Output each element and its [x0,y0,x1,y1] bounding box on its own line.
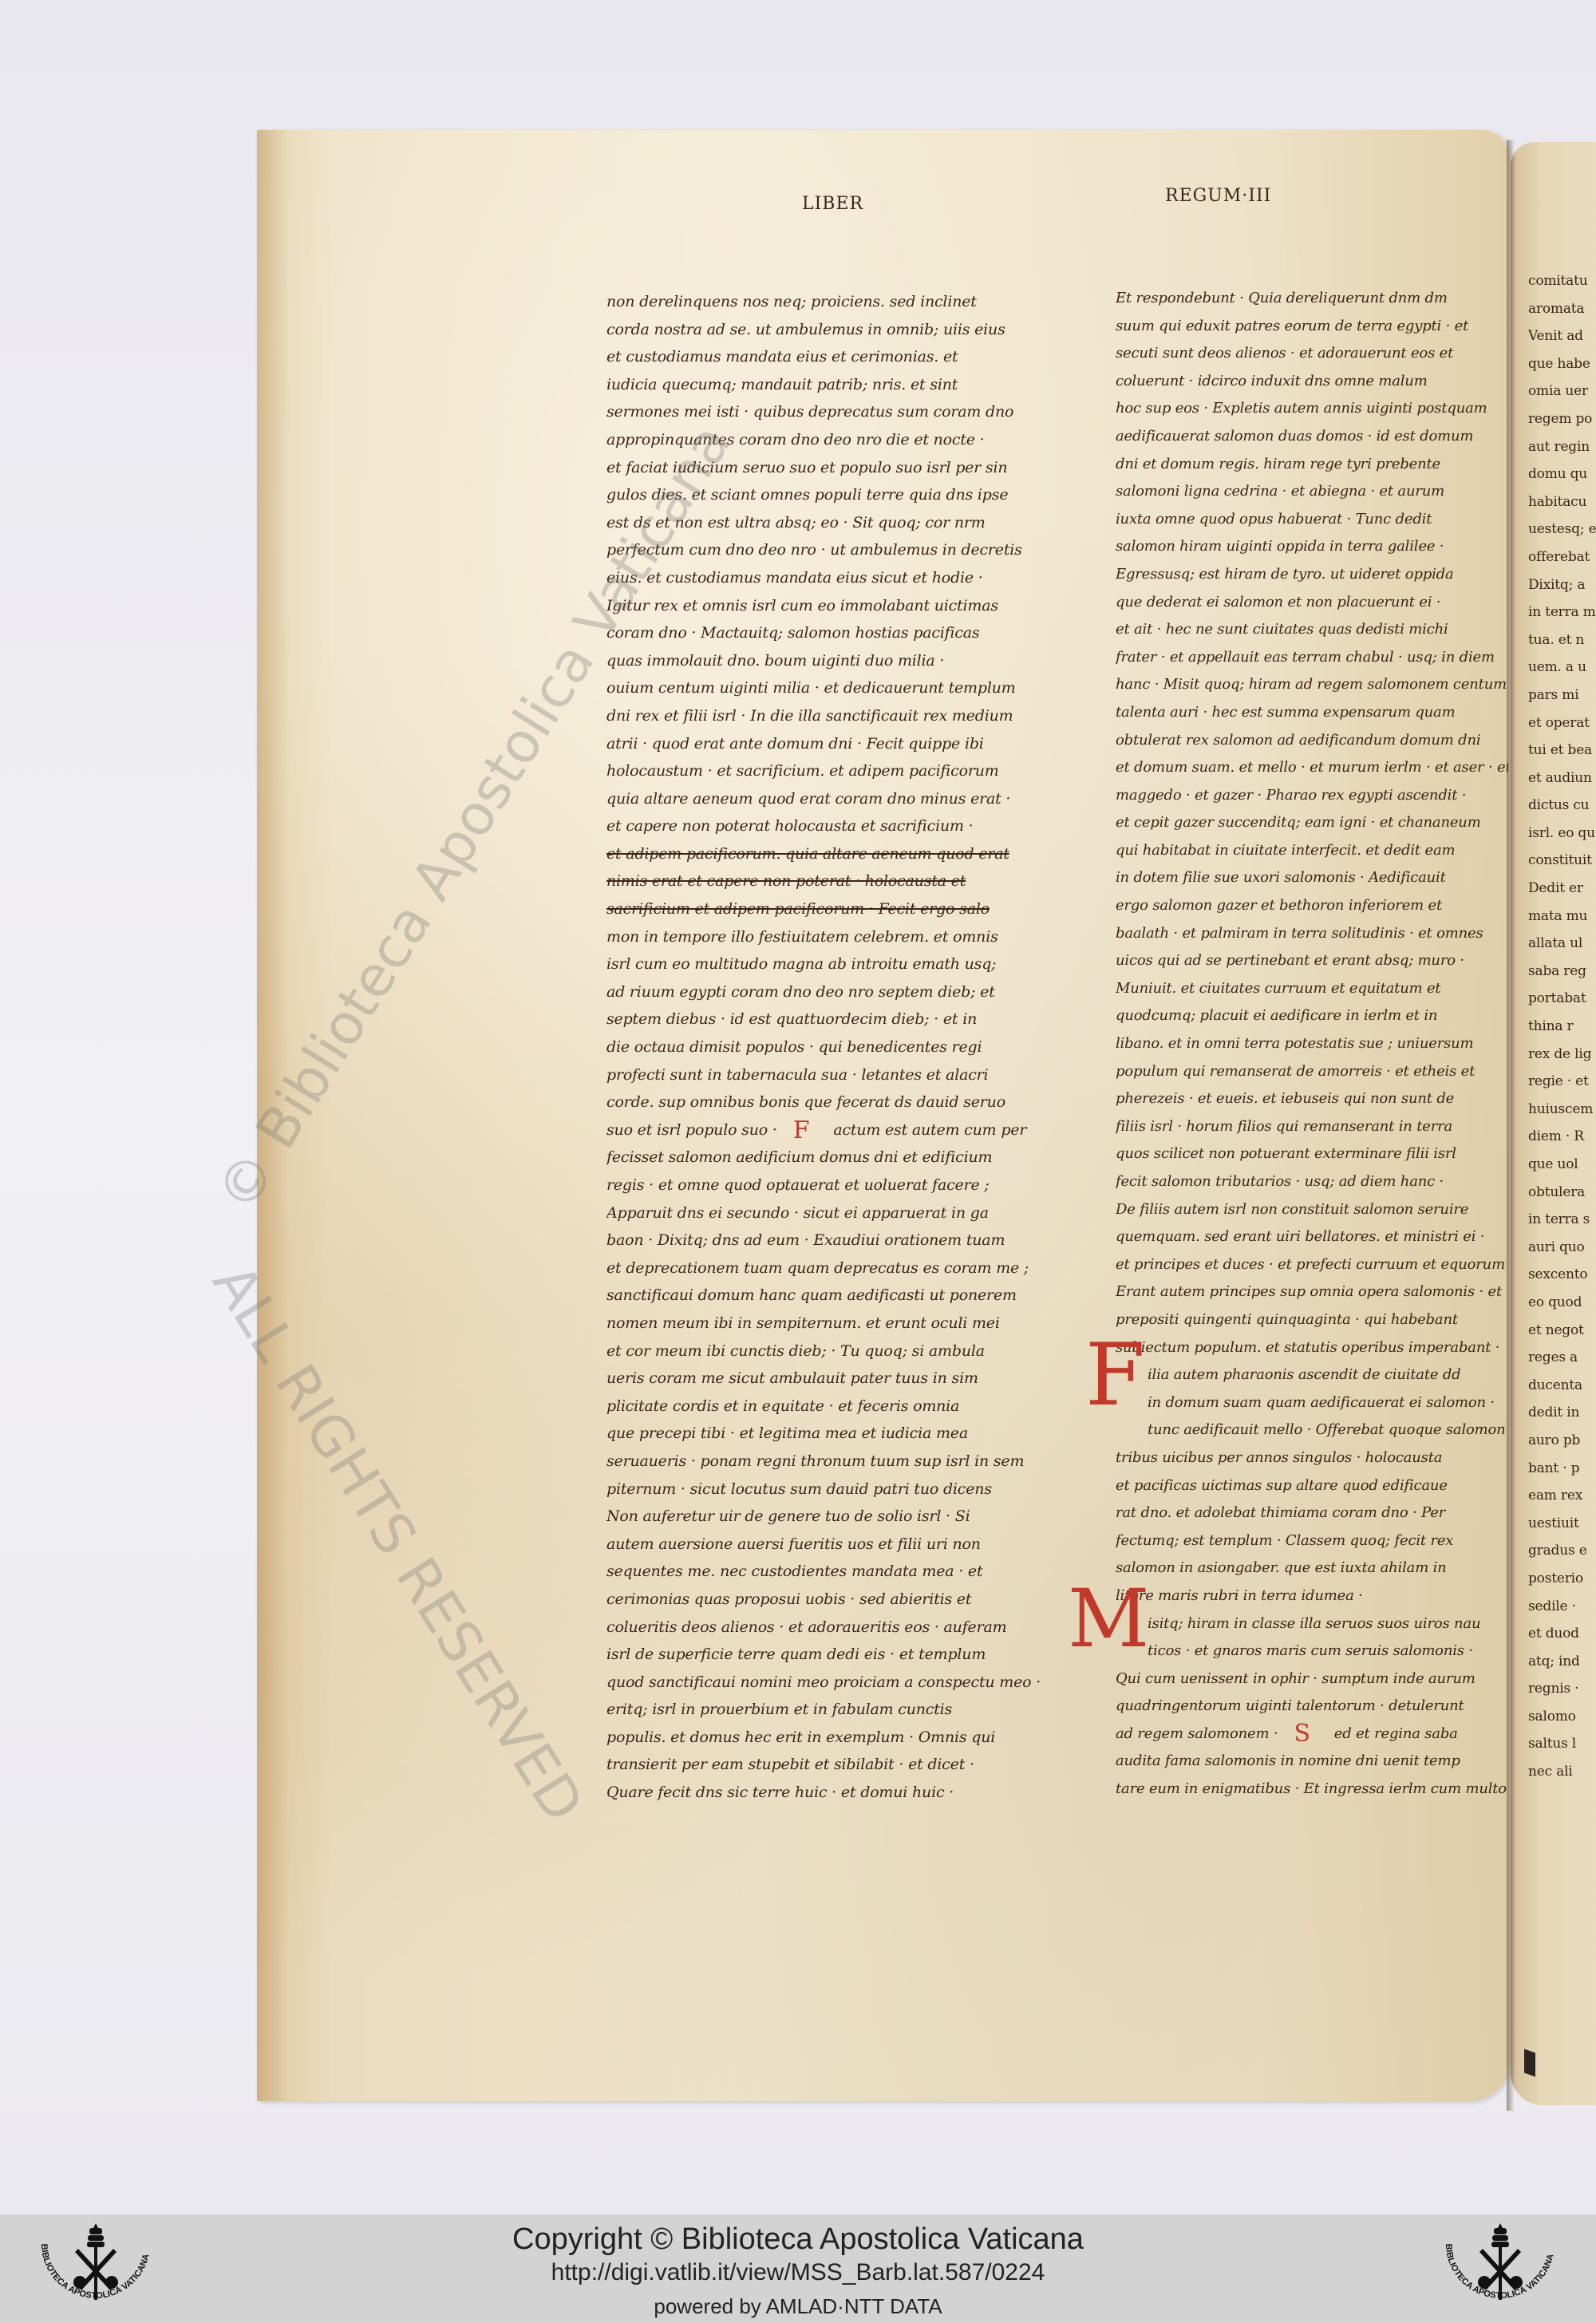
manuscript-line: regie · et [1528,1068,1596,1096]
manuscript-line: Igitur rex et omnis isrl cum eo immolaba… [606,592,1057,620]
manuscript-line: mata mu [1528,903,1596,930]
manuscript-line: obtulerat rex salomon ad aedificandum do… [1116,727,1508,755]
manuscript-line: coram dno · Mactauitq; salomon hostias p… [606,619,1057,647]
manuscript-line: holocaustum · et sacrificium. et adipem … [606,757,1057,785]
manuscript-line: bant · p [1528,1455,1596,1483]
manuscript-line: quemquam. sed erant uiri bellatores. et … [1116,1223,1508,1251]
manuscript-line: prepositi quingenti quinquaginta · qui h… [1116,1306,1508,1334]
manuscript-line: autem auersione auersi fueritis uos et f… [606,1531,1057,1559]
manuscript-line: piternum · sicut locutus sum dauid patri… [606,1476,1057,1503]
manuscript-line: uestesq; e [1528,516,1596,543]
manuscript-line: pars mi [1528,681,1596,709]
manuscript-line: quodcumq; placuit ei aedificare in ierlm… [1116,1002,1508,1030]
manuscript-line: ad riuum egypti coram dno deo nro septem… [606,978,1057,1006]
manuscript-line: aut regin [1528,433,1596,461]
manuscript-line: tunc aedificauit mello · Offerebat quoqu… [1116,1416,1508,1444]
manuscript-line: saltus l [1528,1730,1596,1758]
manuscript-line: et principes et duces · et prefecti curr… [1116,1251,1508,1279]
manuscript-line: maggedo · et gazer · Pharao rex egypti a… [1116,782,1508,810]
manuscript-line: ergo salomon gazer et bethoron inferiore… [1116,892,1508,920]
manuscript-line: thina r [1528,1013,1596,1041]
manuscript-line: posterio [1528,1565,1596,1593]
manuscript-line: Et respondebunt · Quia dereliquerunt dnm… [1116,285,1508,313]
manuscript-line: dictus cu [1528,792,1596,820]
manuscript-line: isitq; hiram in classe illa seruos suos … [1116,1610,1508,1638]
manuscript-line: salomon hiram uiginti oppida in terra ga… [1116,533,1508,561]
manuscript-line: regem po [1528,405,1596,433]
manuscript-line: salomo [1528,1703,1596,1731]
rubric-initial-f: F [1085,1333,1145,1419]
binding-edge [1524,2048,1535,2076]
manuscript-line: mon in tempore illo festiuitatem celebre… [606,923,1057,951]
manuscript-line: tribus uicibus per annos singulos · holo… [1116,1444,1508,1472]
manuscript-line: corda nostra ad se. ut ambulemus in omni… [606,316,1057,344]
manuscript-line: auri quo [1528,1234,1596,1262]
manuscript-line: seruaueris · ponam regni thronum tuum su… [606,1448,1057,1476]
copyright-footer: Copyright © Biblioteca Apostolica Vatica… [0,2214,1596,2323]
manuscript-line: baon · Dixitq; dns ad eum · Exaudiui ora… [606,1227,1057,1254]
manuscript-line: eo quod [1528,1289,1596,1317]
manuscript-line: domu qu [1528,460,1596,488]
manuscript-line: et pacificas uictimas sup altare quod ed… [1116,1472,1508,1500]
manuscript-line: ducenta [1528,1372,1596,1400]
manuscript-line: aromata [1528,295,1596,323]
manuscript-line: gulos dies. et sciant omnes populi terre… [606,481,1057,509]
manuscript-line: populum qui remanserat de amorreis · et … [1116,1058,1508,1086]
manuscript-line: colueritis deos alienos · et adoraueriti… [606,1614,1057,1642]
manuscript-text: suo et isrl populo suo · [606,1121,777,1139]
manuscript-line: quod sanctificaui nomini meo proiciam a … [606,1669,1057,1697]
manuscript-line: et adipem pacificorum. quia altare aeneu… [606,840,1057,868]
manuscript-line: eam rex [1528,1482,1596,1510]
manuscript-text: actum est autem cum per [833,1121,1026,1139]
manuscript-line: tui et bea [1528,737,1596,764]
manuscript-line: et cor meum ibi cunctis dieb; · Tu quoq;… [606,1337,1057,1365]
manuscript-line: in terra m [1528,599,1596,626]
manuscript-line: et negot [1528,1317,1596,1345]
manuscript-line: est ds et non est ultra absq; eo · Sit q… [606,509,1057,537]
manuscript-line: Dedit er [1528,875,1596,903]
rubric-initial-s: S [1294,1721,1310,1748]
manuscript-line: aedificauerat salomon duas domos · id es… [1116,423,1508,451]
manuscript-line: sexcento [1528,1261,1596,1289]
text-column-right: Et respondebunt · Quia dereliquerunt dnm… [1116,285,1508,1803]
manuscript-line: obtulera [1528,1179,1596,1207]
manuscript-line: diem · R [1528,1123,1596,1151]
manuscript-line: cerimonias quas proposui uobis · sed abi… [606,1586,1057,1614]
manuscript-line: in domum suam quam aedificauerat ei salo… [1116,1389,1508,1417]
manuscript-line: fectumq; est templum · Classem quoq; fec… [1116,1527,1508,1555]
manuscript-line: populis. et domus hec erit in exemplum ·… [606,1724,1057,1752]
manuscript-line: sequentes me. nec custodientes mandata m… [606,1558,1057,1586]
manuscript-line: rat dno. et adolebat thimiama coram dno … [1116,1499,1508,1527]
manuscript-line: rex de lig [1528,1041,1596,1069]
manuscript-line: coluerunt · idcirco induxit dns omne mal… [1116,368,1508,396]
manuscript-line: Venit ad [1528,322,1596,350]
manuscript-line: Dixitq; a [1528,571,1596,599]
manuscript-line: ilia autem pharaonis ascendit de ciuitat… [1116,1361,1508,1389]
manuscript-line: frater · et appellauit eas terram chabul… [1116,644,1508,672]
running-head-left: LIBER [802,194,863,214]
manuscript-line: uem. a u [1528,654,1596,681]
manuscript-line: suum qui eduxit patres eorum de terra eg… [1116,313,1508,341]
manuscript-line: corde. sup omnibus bonis que fecerat ds … [606,1088,1057,1116]
manuscript-line: nec ali [1528,1758,1596,1786]
manuscript-line: tua. et n [1528,626,1596,654]
manuscript-line: comitatu [1528,267,1596,295]
manuscript-line: Qui cum uenissent in ophir · sumptum ind… [1116,1665,1508,1693]
manuscript-line: sacrificium et adipem pacificorum · Feci… [606,895,1057,923]
manuscript-line: suo et isrl populo suo ·Factum est autem… [606,1116,1057,1144]
manuscript-line: reges a [1528,1344,1596,1372]
manuscript-line: quas immolauit dno. boum uiginti duo mil… [606,647,1057,675]
manuscript-line: et cepit gazer succenditq; eam igni · et… [1116,809,1508,837]
source-url[interactable]: http://digi.vatlib.it/view/MSS_Barb.lat.… [0,2259,1596,2286]
manuscript-line: atq; ind [1528,1648,1596,1676]
manuscript-line: eritq; isrl in prouerbium et in fabulam … [606,1696,1057,1724]
manuscript-line: regnis · [1528,1675,1596,1703]
manuscript-line: pherezeis · et eueis. et iebuseis qui no… [1116,1085,1508,1113]
manuscript-line: isrl cum eo multitudo magna ab introitu … [606,950,1057,978]
manuscript-line: uicos qui ad se pertinebant et erant abs… [1116,947,1508,975]
manuscript-line: et audiun [1528,764,1596,792]
manuscript-line: iudicia quecumq; mandauit patrib; nris. … [606,371,1057,399]
manuscript-line: audita fama salomonis in nomine dni ueni… [1116,1748,1508,1776]
powered-by: powered by AMLAD·NTT DATA [0,2294,1596,2319]
copyright-text: Copyright © Biblioteca Apostolica Vatica… [0,2222,1596,2257]
manuscript-line: quos scilicet non potuerant exterminare … [1116,1140,1508,1168]
manuscript-line: que uol [1528,1151,1596,1179]
manuscript-line: in terra s [1528,1206,1596,1234]
manuscript-line: huiuscem [1528,1096,1596,1124]
manuscript-line: septem diebus · id est quattuordecim die… [606,1005,1057,1033]
manuscript-line: sermones mei isti · quibus deprecatus su… [606,398,1057,426]
manuscript-line: iuxta omne quod opus habuerat · Tunc ded… [1116,506,1508,534]
manuscript-line: Non auferetur uir de genere tuo de solio… [606,1503,1057,1531]
manuscript-line: que precepi tibi · et legitima mea et iu… [606,1420,1057,1448]
manuscript-line: Apparuit dns ei secundo · sicut ei appar… [606,1199,1057,1227]
manuscript-text: ad regem salomonem · [1116,1725,1278,1742]
vatican-library-seal-icon: BIBLIOTECA APOSTOLICA VATICANA [1436,2220,1564,2319]
manuscript-line: nimis erat et capere non poterat · holoc… [606,867,1057,895]
manuscript-line: offerebat [1528,543,1596,571]
manuscript-line: dedit in [1528,1399,1596,1427]
manuscript-line: quadringentorum uiginti talentorum · det… [1116,1693,1508,1721]
manuscript-line: omia uer [1528,377,1596,405]
manuscript-line: secuti sunt deos alienos · et adorauerun… [1116,340,1508,368]
manuscript-line: et custodiamus mandata eius et cerimonia… [606,343,1057,371]
manuscript-line: subiectum populum. et statutis operibus … [1116,1334,1508,1362]
manuscript-line: que dederat ei salomon et non placuerunt… [1116,589,1508,617]
manuscript-line: non derelinquens nos neq; proiciens. sed… [606,288,1057,316]
manuscript-line: et capere non poterat holocausta et sacr… [606,812,1057,840]
manuscript-line: salomon in asiongaber. que est iuxta ahi… [1116,1555,1508,1582]
manuscript-line: uestiuit [1528,1510,1596,1538]
manuscript-line: transierit per eam stupebit et sibilabit… [606,1751,1057,1779]
manuscript-line: Quare fecit dns sic terre huic · et domu… [606,1779,1057,1807]
manuscript-line: hoc sup eos · Expletis autem annis uigin… [1116,395,1508,423]
manuscript-line: perfectum cum dno deo nro · ut ambulemus… [606,536,1057,564]
manuscript-line: baalath · et palmiram in terra solitudin… [1116,920,1508,948]
manuscript-line: hanc · Misit quoq; hiram ad regem salomo… [1116,671,1508,699]
manuscript-line: sedile · [1528,1593,1596,1621]
rubric-initial-m: M [1068,1576,1149,1662]
manuscript-line: filiis isrl · horum filios qui remansera… [1116,1113,1508,1141]
vatican-library-seal-icon: BIBLIOTECA APOSTOLICA VATICANA [32,2220,160,2319]
manuscript-line: plicitate cordis et in equitate · et fec… [606,1393,1057,1420]
manuscript-line: constituit [1528,847,1596,875]
manuscript-line: Egressusq; est hiram de tyro. ut uideret… [1116,561,1508,589]
manuscript-line: fecisset salomon aedificium domus dni et… [606,1144,1057,1171]
manuscript-line: Erant autem principes sup omnia opera sa… [1116,1278,1508,1306]
manuscript-line: litore maris rubri in terra idumea · [1116,1582,1508,1610]
manuscript-line: dni et domum regis. hiram rege tyri preb… [1116,451,1508,479]
manuscript-line: ouium centum uiginti milia · et dedicaue… [606,674,1057,702]
manuscript-text: ed et regina saba [1334,1725,1458,1742]
rubric-initial-f: F [793,1117,810,1144]
manuscript-line: que habe [1528,350,1596,378]
manuscript-line: dni rex et filii isrl · In die illa sanc… [606,702,1057,730]
manuscript-line: De filiis autem isrl non constituit salo… [1116,1196,1508,1224]
facing-page-text: comitatuaromataVenit adque habeomia uerr… [1528,267,1596,1786]
manuscript-line: et operat [1528,709,1596,737]
manuscript-line: talenta auri · hec est summa expensarum … [1116,699,1508,727]
running-head-right: REGUM·III [1165,186,1271,206]
manuscript-line: die octaua dimisit populos · qui benedic… [606,1033,1057,1061]
manuscript-line: et ait · hec ne sunt ciuitates quas dedi… [1116,616,1508,644]
manuscript-line: regis · et omne quod optauerat et uoluer… [606,1171,1057,1199]
manuscript-line: et duod [1528,1620,1596,1648]
manuscript-line: portabat [1528,985,1596,1013]
manuscript-line: allata ul [1528,930,1596,958]
manuscript-line: qui habitabat in ciuitate interfecit. et… [1116,837,1508,865]
manuscript-line: et deprecationem tuam quam deprecatus es… [606,1254,1057,1282]
manuscript-line: ueris coram me sicut ambulauit pater tuu… [606,1365,1057,1393]
manuscript-line: quia altare aeneum quod erat coram dno m… [606,785,1057,813]
manuscript-line: in dotem filie sue uxori salomonis · Aed… [1116,864,1508,892]
manuscript-line: gradus e [1528,1537,1596,1565]
manuscript-line: appropinquantes coram dno deo nro die et… [606,426,1057,454]
manuscript-line: isrl. eo qu [1528,820,1596,847]
manuscript-line: auro pb [1528,1427,1596,1455]
manuscript-line: Muniuit. et ciuitates curruum et equitat… [1116,975,1508,1003]
manuscript-line: et faciat iudicium seruo suo et populo s… [606,454,1057,482]
text-column-left: non derelinquens nos neq; proiciens. sed… [606,288,1057,1807]
manuscript-line: eius. et custodiamus mandata eius sicut … [606,564,1057,592]
manuscript-line: sanctificaui domum hanc quam aedificasti… [606,1282,1057,1310]
manuscript-line: tare eum in enigmatibus · Et ingressa ie… [1116,1776,1508,1803]
manuscript-line: et domum suam. et mello · et murum ierlm… [1116,754,1508,782]
manuscript-line: profecti sunt in tabernacula sua · letan… [606,1061,1057,1089]
manuscript-line: saba reg [1528,958,1596,986]
manuscript-line: isrl de superficie terre quam dedi eis ·… [606,1641,1057,1669]
manuscript-line: libano. et in omni terra potestatis sue … [1116,1030,1508,1058]
manuscript-line: salomoni ligna cedrina · et abiegna · et… [1116,478,1508,506]
manuscript-line: habitacu [1528,488,1596,516]
manuscript-line: atrii · quod erat ante domum dni · Fecit… [606,730,1057,758]
manuscript-line: ad regem salomonem ·Sed et regina saba [1116,1721,1508,1748]
manuscript-line: nomen meum ibi in sempiternum. et erunt … [606,1310,1057,1337]
manuscript-line: fecit salomon tributarios · usq; ad diem… [1116,1168,1508,1196]
manuscript-line: ticos · et gnaros maris cum seruis salom… [1116,1638,1508,1665]
